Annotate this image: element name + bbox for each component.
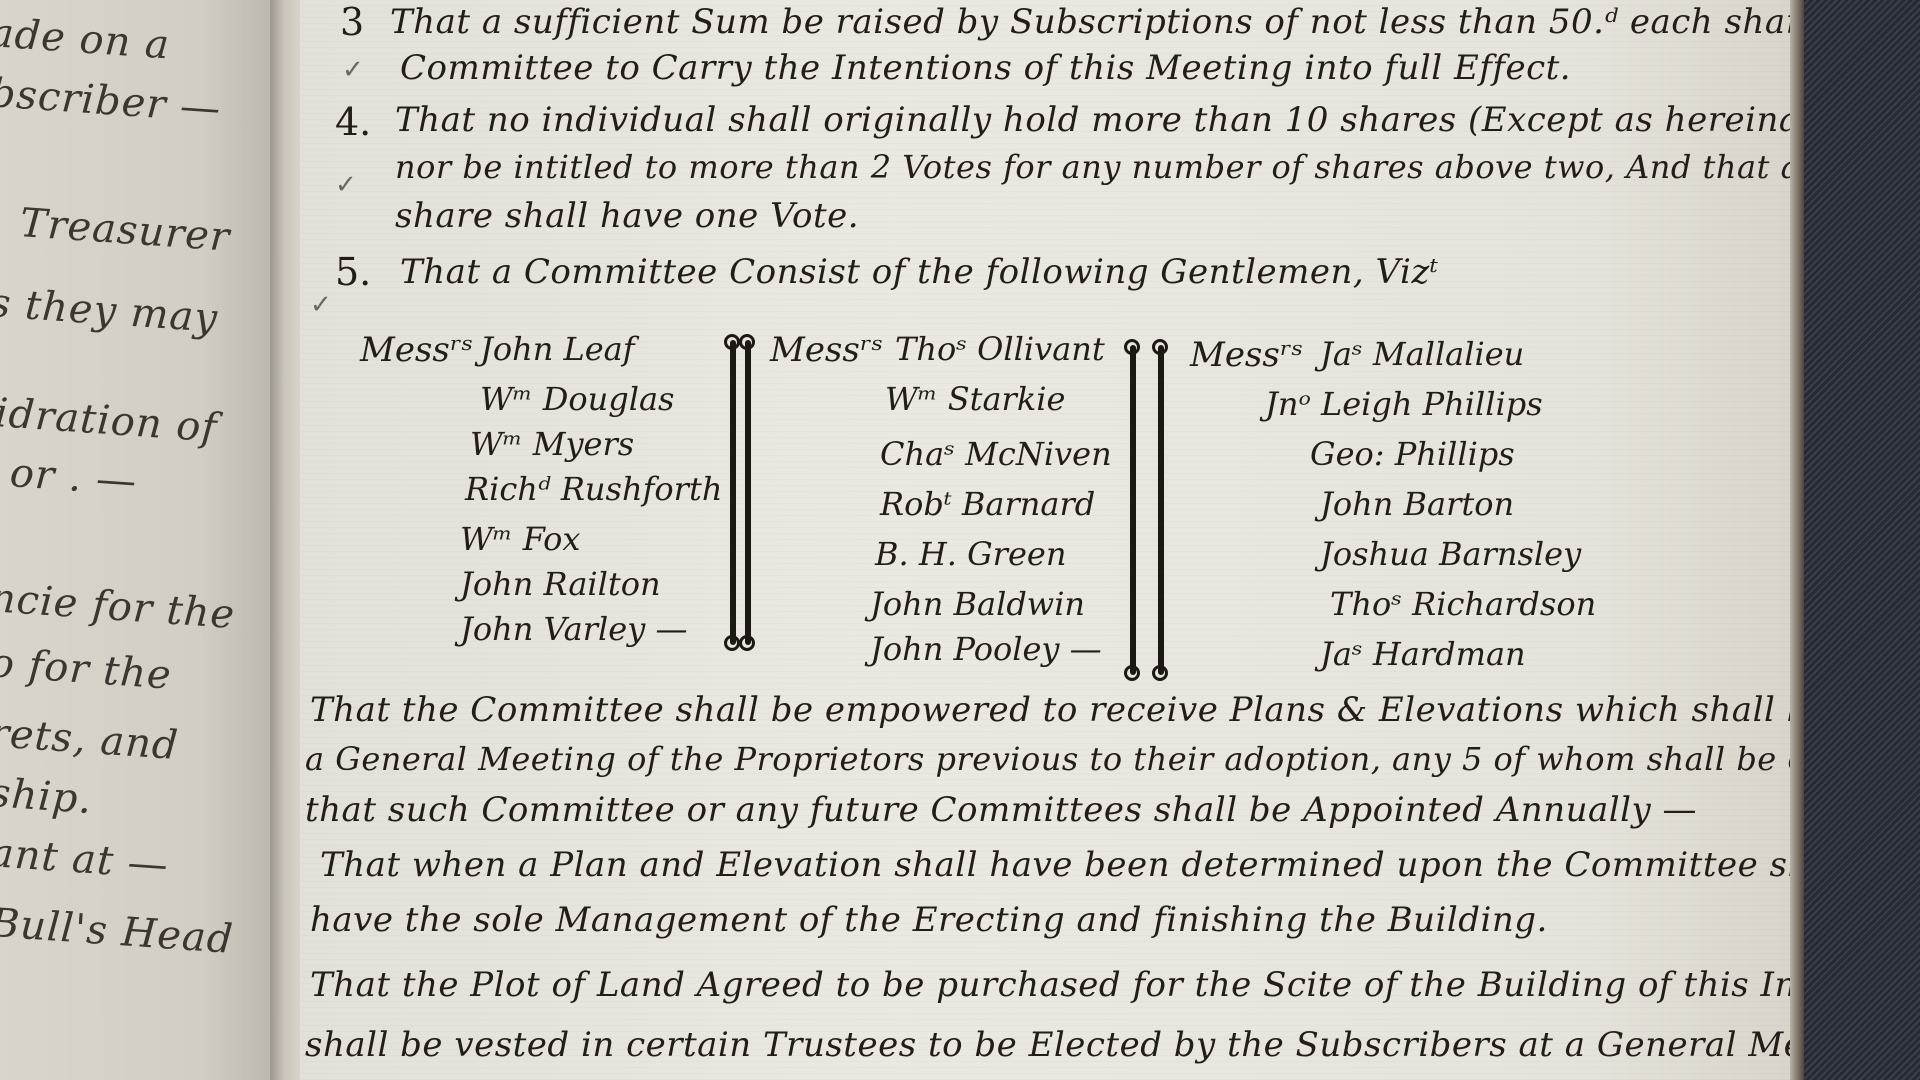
- left-page: ade on a bscriber — Treasurer s they may…: [0, 0, 285, 1080]
- resolution-number: 4.: [335, 100, 371, 144]
- committee-member: Geo: Phillips: [1310, 435, 1515, 473]
- committee-member: Wᵐ Myers: [470, 425, 634, 463]
- resolution-3-line: That a sufficient Sum be raised by Subsc…: [390, 2, 1800, 42]
- continuation-line: a General Meeting of the Proprietors pre…: [305, 740, 1800, 778]
- left-fragment: o for the: [0, 640, 173, 699]
- resolution-4-line: share shall have one Vote.: [395, 196, 859, 236]
- committee-member: John Baldwin: [870, 585, 1085, 623]
- left-fragment: rets, and: [0, 710, 180, 769]
- committee-member: Jaˢ Hardman: [1320, 635, 1526, 673]
- resolution-5-line: That a Committee Consist of the followin…: [400, 252, 1439, 292]
- committee-member: John Barton: [1320, 485, 1514, 523]
- bracket-divider: [1158, 345, 1164, 675]
- left-fragment: ade on a: [0, 10, 171, 68]
- resolution-6-line: have the sole Management of the Erecting…: [310, 900, 1548, 940]
- left-fragment: ant at —: [0, 830, 170, 888]
- right-page: 3 That a sufficient Sum be raised by Sub…: [300, 0, 1800, 1080]
- bracket-divider: [745, 340, 751, 645]
- committee-member: Jnᵒ Leigh Phillips: [1265, 385, 1543, 423]
- resolution-6-line: That when a Plan and Elevation shall hav…: [320, 845, 1800, 885]
- committee-member: Jaˢ Mallalieu: [1320, 335, 1524, 373]
- committee-member: Richᵈ Rushforth: [465, 470, 722, 508]
- committee-member: Chaˢ McNiven: [880, 435, 1112, 473]
- resolution-7-line: shall be vested in certain Trustees to b…: [305, 1025, 1800, 1065]
- messrs-prefix: Messʳˢ: [1190, 335, 1303, 375]
- committee-member: John Railton: [460, 565, 661, 603]
- cloth-background: [1800, 0, 1920, 1080]
- left-fragment: ship.: [0, 770, 94, 823]
- committee-member: Thoˢ Richardson: [1330, 585, 1596, 623]
- committee-member: Joshua Barnsley: [1320, 535, 1581, 573]
- messrs-prefix: Messʳˢ: [770, 330, 883, 370]
- committee-member: Wᵐ Douglas: [480, 380, 674, 418]
- committee-member: John Pooley —: [870, 630, 1102, 668]
- committee-member: John Varley —: [460, 610, 687, 648]
- left-fragment: Bull's Head: [0, 900, 235, 963]
- committee-member: Robᵗ Barnard: [880, 485, 1095, 523]
- bracket-divider: [730, 340, 736, 645]
- left-fragment: bscriber —: [0, 70, 223, 132]
- left-fragment: s they may: [0, 280, 219, 342]
- resolution-3-line: Committee to Carry the Intentions of thi…: [400, 48, 1571, 88]
- tick-mark: ✓: [310, 290, 332, 320]
- committee-member: Wᵐ Starkie: [885, 380, 1065, 418]
- messrs-prefix: Messʳˢ: [360, 330, 473, 370]
- tick-mark: ✓: [335, 170, 357, 200]
- committee-member: John Leaf: [480, 330, 635, 368]
- committee-member: Wᵐ Fox: [460, 520, 580, 558]
- left-fragment: or . —: [8, 450, 138, 505]
- resolution-4-line: nor be intitled to more than 2 Votes for…: [395, 148, 1800, 186]
- tick-mark: ✓: [342, 55, 364, 85]
- page-edge: [1790, 0, 1804, 1080]
- continuation-line: That the Committee shall be empowered to…: [310, 690, 1800, 730]
- continuation-line: that such Committee or any future Commit…: [305, 790, 1697, 830]
- left-fragment: Treasurer: [18, 200, 231, 261]
- committee-member: B. H. Green: [875, 535, 1066, 573]
- resolution-7-line: That the Plot of Land Agreed to be purch…: [310, 965, 1800, 1005]
- bracket-divider: [1130, 345, 1136, 675]
- committee-member: Thoˢ Ollivant: [895, 330, 1105, 368]
- resolution-number: 5.: [335, 250, 371, 294]
- resolution-number: 3: [340, 0, 364, 44]
- resolution-4-line: That no individual shall originally hold…: [395, 100, 1800, 140]
- left-fragment: ncie for the: [0, 575, 237, 638]
- left-fragment: idration of: [0, 390, 219, 451]
